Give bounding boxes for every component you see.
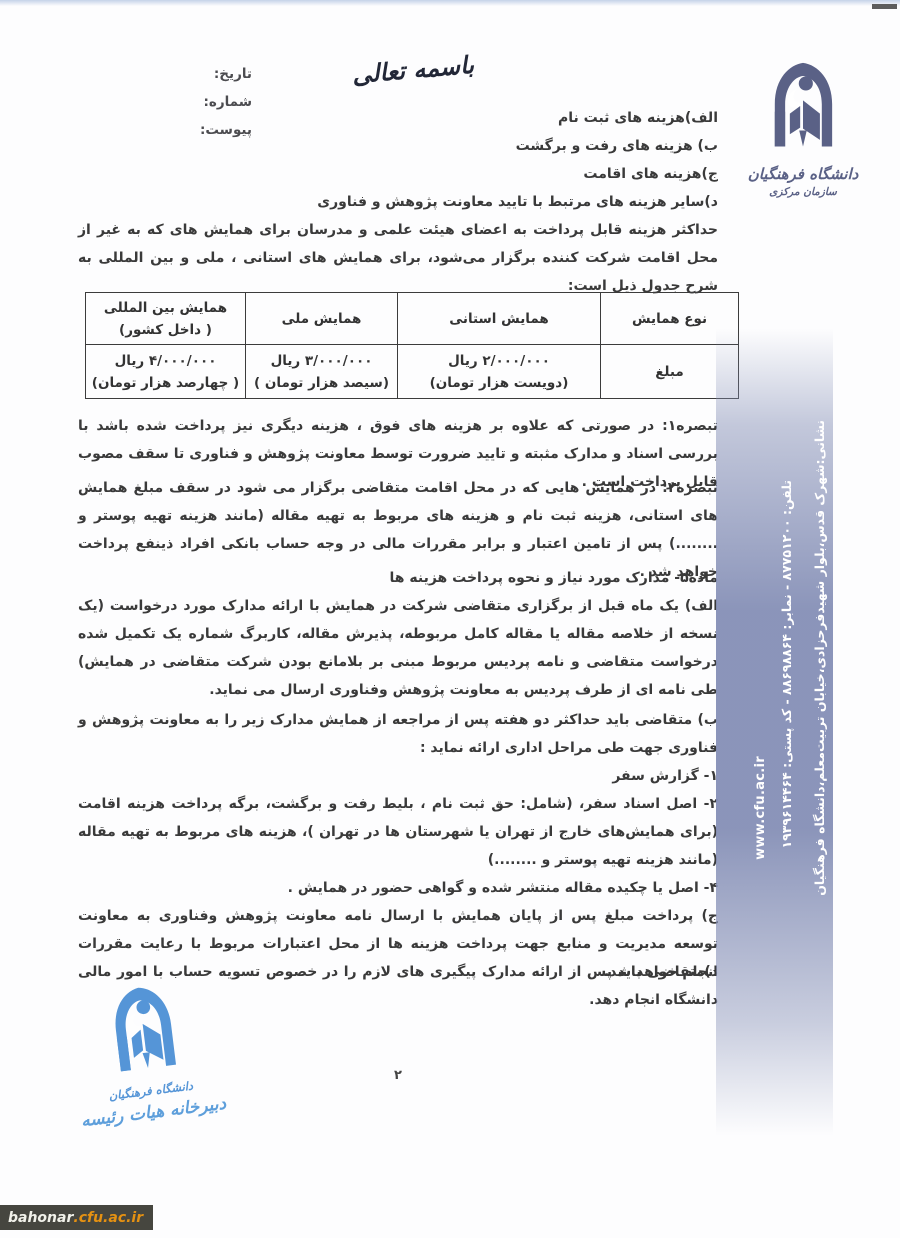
cost-item-accommodation: ج)هزینه های اقامت <box>78 160 718 188</box>
cost-item-other: د)سایر هزینه های مرتبط با تایید معاونت پ… <box>78 188 718 216</box>
amount-national: ۳/۰۰۰/۰۰۰ ریال (سیصد هزار تومان ) <box>246 345 398 399</box>
central-organization-label: سازمان مرکزی <box>728 186 878 198</box>
conference-fee-table: نوع همایش همایش استانی همایش ملی همایش ب… <box>85 292 739 399</box>
watermark-prefix: bahonar <box>8 1210 73 1226</box>
document-item-2: ۲- اصل اسناد سفر، (شامل: حق ثبت نام ، بل… <box>78 790 718 874</box>
phone-fax-postal-vertical-text: تلفن: ۸۷۷۵۱۲۰۰ - نمابر: ۸۸۶۹۸۸۶۴ - کد پس… <box>779 480 797 1000</box>
website-vertical-text: www.cfu.ac.ir <box>753 756 771 1008</box>
amount-international-rial: ۴/۰۰۰/۰۰۰ ریال <box>88 350 243 372</box>
amount-provincial-toman: (دویست هزار تومان) <box>400 372 598 394</box>
cost-item-travel: ب) هزینه های رفت و برگشت <box>78 132 718 160</box>
university-logo-icon <box>756 55 850 159</box>
stamp-logo-icon <box>92 975 196 1085</box>
amount-national-rial: ۳/۰۰۰/۰۰۰ ریال <box>248 350 395 372</box>
university-name: دانشگاه فرهنگیان <box>728 165 878 183</box>
amount-international: ۴/۰۰۰/۰۰۰ ریال ( چهارصد هزار تومان) <box>86 345 246 399</box>
international-subtitle: ( داخل کشور) <box>88 319 243 341</box>
scan-corner-artifact <box>872 4 897 9</box>
watermark-bar: bahonar.cfu.ac.ir <box>0 1205 153 1230</box>
amount-international-toman: ( چهارصد هزار تومان) <box>88 372 243 394</box>
scan-top-tint <box>0 0 900 6</box>
article5-section-b: ب) متقاضی باید حداکثر دو هفته پس از مراج… <box>78 706 718 762</box>
international-title: همایش بین المللی <box>88 297 243 319</box>
besmele-calligraphy: باسمه تعالی <box>337 50 489 91</box>
amount-provincial-rial: ۲/۰۰۰/۰۰۰ ریال <box>400 350 598 372</box>
article5-section-a: الف) یک ماه قبل از برگزاری متقاضی شرکت د… <box>78 592 718 704</box>
article-5-heading: ماده۵- مدارک مورد نیاز و نحوه پرداخت هزی… <box>78 564 718 592</box>
document-item-1: ۱- گزارش سفر <box>78 762 718 790</box>
address-vertical-text: نشانی:شهرک قدس،بلوار شهیدفرحزادی،خیابان … <box>812 420 830 1012</box>
secretariat-stamp: دانشگاه فرهنگیان دبیرخانه هیات رئیسه <box>38 968 254 1134</box>
university-logo-block: دانشگاه فرهنگیان سازمان مرکزی <box>728 55 878 198</box>
document-item-4: ۴- اصل یا چکیده مقاله منتشر شده و گواهی … <box>78 874 718 902</box>
watermark-suffix: .cfu.ac.ir <box>73 1210 143 1226</box>
amount-provincial: ۲/۰۰۰/۰۰۰ ریال (دویست هزار تومان) <box>398 345 601 399</box>
amount-national-toman: (سیصد هزار تومان ) <box>248 372 395 394</box>
intro-paragraph: حداکثر هزینه قابل پرداخت به اعضای هیئت ع… <box>78 216 718 300</box>
date-label: تاریخ: <box>150 66 252 94</box>
cost-item-registration: الف)هزینه های ثبت نام <box>78 104 718 132</box>
table-header-national: همایش ملی <box>246 293 398 345</box>
table-header-international: همایش بین المللی ( داخل کشور) <box>86 293 246 345</box>
scanned-letter-page: { "header": { "date_label": "تاریخ:", "n… <box>0 0 900 1238</box>
table-header-provincial: همایش استانی <box>398 293 601 345</box>
